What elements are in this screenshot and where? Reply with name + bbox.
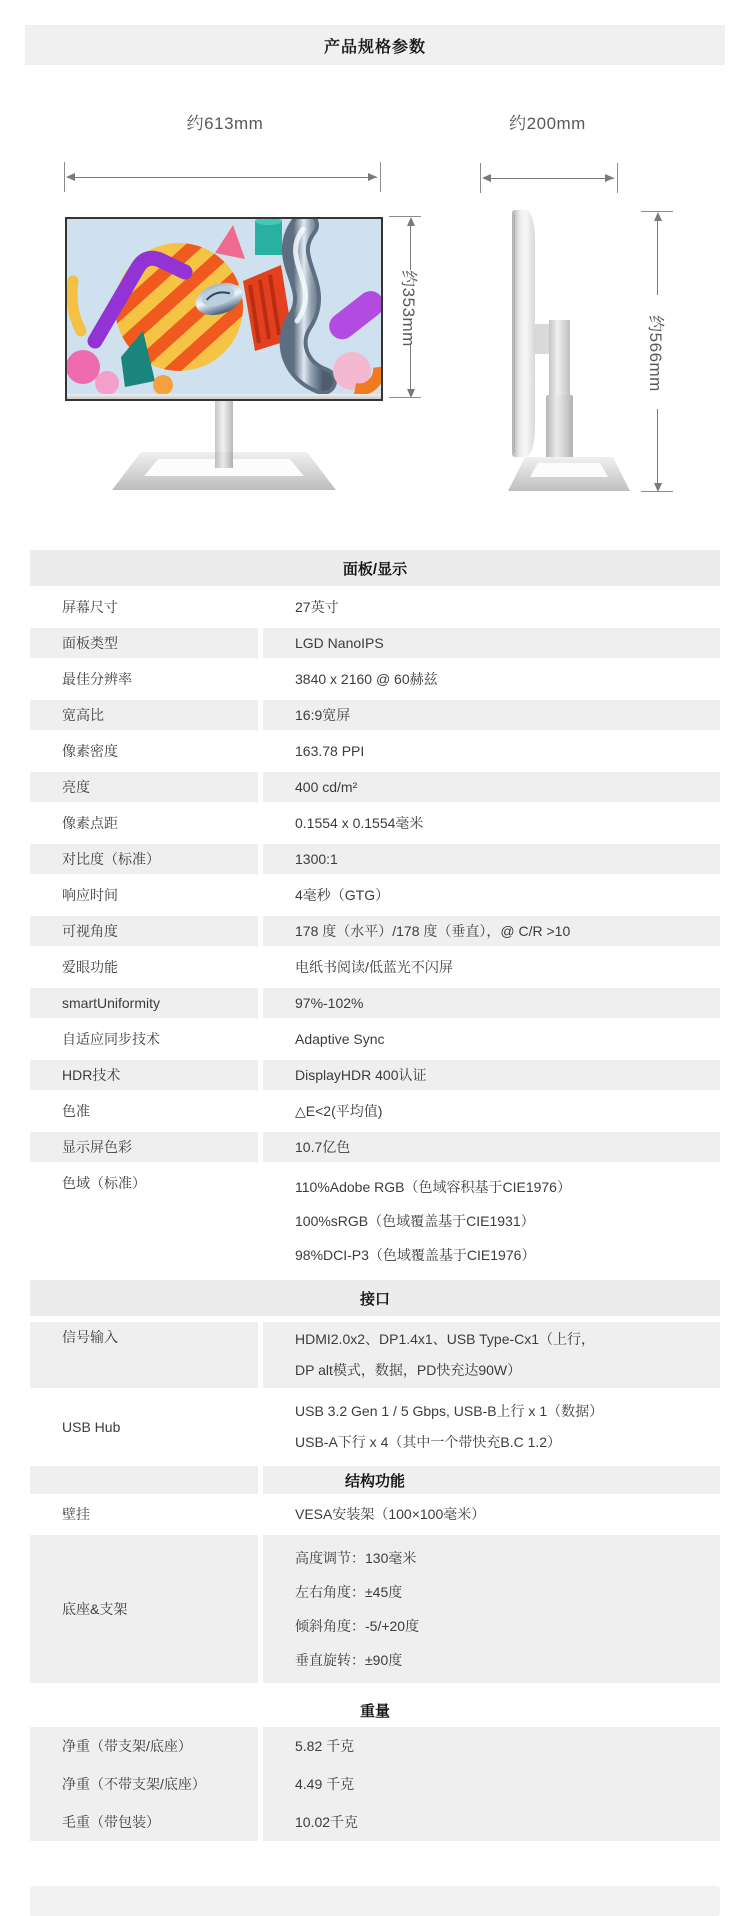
spec-value: 16:9宽屏	[263, 700, 720, 730]
spec-label: 毛重（带包装）	[30, 1803, 258, 1841]
screen-artwork	[67, 219, 381, 394]
spec-row: 色准 △E<2(平均值)	[30, 1096, 720, 1126]
spec-label: 面板类型	[30, 628, 258, 658]
spec-value: 4.49 千克	[263, 1765, 720, 1803]
section-header-panel-display: 面板/显示	[30, 550, 720, 586]
front-height-dimension-label: 约353mm	[398, 259, 423, 358]
spec-label: 像素点距	[30, 808, 258, 838]
spec-row: 对比度（标准） 1300:1	[30, 844, 720, 874]
page-title: 产品规格参数	[25, 25, 725, 65]
spec-value: 110%Adobe RGB（色域容积基于CIE1976） 100%sRGB（色域…	[263, 1168, 720, 1274]
section-header-structure: 结构功能	[30, 1466, 720, 1494]
footer-bar	[30, 1886, 720, 1916]
spec-value: Adaptive Sync	[263, 1024, 720, 1054]
spec-row: 壁挂 VESA安装架（100×100毫米）	[30, 1499, 720, 1529]
spec-value: 163.78 PPI	[263, 736, 720, 766]
spec-label: 对比度（标准）	[30, 844, 258, 874]
spec-label: 净重（带支架/底座）	[30, 1727, 258, 1765]
spec-row: 显示屏色彩 10.7亿色	[30, 1132, 720, 1162]
spec-row: 可视角度 178 度（水平）/178 度（垂直），@ C/R >10	[30, 916, 720, 946]
spec-label: 底座&支架	[30, 1535, 258, 1683]
spec-value: USB 3.2 Gen 1 / 5 Gbps, USB-B上行 x 1（数据） …	[263, 1394, 720, 1460]
spec-label: 屏幕尺寸	[30, 592, 258, 622]
spec-label: 自适应同步技术	[30, 1024, 258, 1054]
spec-value: 4毫秒（GTG）	[263, 880, 720, 910]
spec-label: USB Hub	[30, 1394, 258, 1460]
monitor-stand-neck	[215, 401, 233, 456]
dimension-figure: 约613mm	[0, 65, 750, 550]
spec-value: 0.1554 x 0.1554毫米	[263, 808, 720, 838]
spec-row: 屏幕尺寸 27英寸	[30, 592, 720, 622]
spec-value: LGD NanoIPS	[263, 628, 720, 658]
section-header-weight: 重量	[30, 1693, 720, 1727]
spec-label: 色域（标准）	[30, 1168, 258, 1274]
spec-label: 亮度	[30, 772, 258, 802]
spec-label: 信号输入	[30, 1322, 258, 1388]
spec-value: 1300:1	[263, 844, 720, 874]
spec-page: 产品规格参数 约613mm	[0, 0, 750, 1916]
spec-row: 爱眼功能 电纸书阅读/低蓝光不闪屏	[30, 952, 720, 982]
spec-row: HDR技术 DisplayHDR 400认证	[30, 1060, 720, 1090]
spec-label: 壁挂	[30, 1499, 258, 1529]
side-height-dimension-label: 约566mm	[645, 301, 670, 406]
spec-row: 像素密度 163.78 PPI	[30, 736, 720, 766]
spec-row: 面板类型 LGD NanoIPS	[30, 628, 720, 658]
spec-label: smartUniformity	[30, 988, 258, 1018]
spec-row: 亮度 400 cd/m²	[30, 772, 720, 802]
spec-value: 27英寸	[263, 592, 720, 622]
front-width-dimension-label: 约613mm	[140, 109, 310, 134]
spec-label: 响应时间	[30, 880, 258, 910]
spec-row: 自适应同步技术 Adaptive Sync	[30, 1024, 720, 1054]
spec-row: 信号输入 HDMI2.0x2、DP1.4x1、USB Type-Cx1（上行， …	[30, 1322, 720, 1388]
spec-value: 10.02千克	[263, 1803, 720, 1841]
spec-value: 97%-102%	[263, 988, 720, 1018]
spec-value: 3840 x 2160 @ 60赫兹	[263, 664, 720, 694]
spec-label: 显示屏色彩	[30, 1132, 258, 1162]
spec-row: 像素点距 0.1554 x 0.1554毫米	[30, 808, 720, 838]
spec-row: USB Hub USB 3.2 Gen 1 / 5 Gbps, USB-B上行 …	[30, 1394, 720, 1460]
spec-row: 底座&支架 高度调节：130毫米 左右角度：±45度 倾斜角度：-5/+20度 …	[30, 1535, 720, 1683]
spec-value: 电纸书阅读/低蓝光不闪屏	[263, 952, 720, 982]
spec-row: 响应时间 4毫秒（GTG）	[30, 880, 720, 910]
spec-value: DisplayHDR 400认证	[263, 1060, 720, 1090]
section-header-interfaces: 接口	[30, 1280, 720, 1316]
spec-label: 净重（不带支架/底座）	[30, 1765, 258, 1803]
spec-row: smartUniformity 97%-102%	[30, 988, 720, 1018]
spec-row: 净重（带支架/底座） 5.82 千克	[30, 1727, 720, 1765]
spec-value: 5.82 千克	[263, 1727, 720, 1765]
spec-value: △E<2(平均值)	[263, 1096, 720, 1126]
spec-label: 宽高比	[30, 700, 258, 730]
spec-label: 色准	[30, 1096, 258, 1126]
spec-label: HDR技术	[30, 1060, 258, 1090]
spec-table: 面板/显示 屏幕尺寸 27英寸 面板类型 LGD NanoIPS 最佳分辨率 3…	[30, 550, 720, 1841]
spec-value: 178 度（水平）/178 度（垂直），@ C/R >10	[263, 916, 720, 946]
spec-value: 高度调节：130毫米 左右角度：±45度 倾斜角度：-5/+20度 垂直旋转：±…	[263, 1535, 720, 1683]
spec-label: 可视角度	[30, 916, 258, 946]
spec-label: 最佳分辨率	[30, 664, 258, 694]
spec-value: VESA安装架（100×100毫米）	[263, 1499, 720, 1529]
monitor-front-view	[65, 217, 383, 401]
spec-value: 10.7亿色	[263, 1132, 720, 1162]
spec-row: 净重（不带支架/底座） 4.49 千克	[30, 1765, 720, 1803]
spec-row: 毛重（带包装） 10.02千克	[30, 1803, 720, 1841]
spec-row: 色域（标准） 110%Adobe RGB（色域容积基于CIE1976） 100%…	[30, 1168, 720, 1274]
monitor-chin	[67, 394, 381, 399]
spec-label: 爱眼功能	[30, 952, 258, 982]
spec-value: 400 cd/m²	[263, 772, 720, 802]
spec-row: 宽高比 16:9宽屏	[30, 700, 720, 730]
spec-label: 像素密度	[30, 736, 258, 766]
side-depth-dimension-label: 约200mm	[465, 109, 630, 134]
spec-row: 最佳分辨率 3840 x 2160 @ 60赫兹	[30, 664, 720, 694]
spec-value: HDMI2.0x2、DP1.4x1、USB Type-Cx1（上行， DP al…	[263, 1322, 720, 1388]
